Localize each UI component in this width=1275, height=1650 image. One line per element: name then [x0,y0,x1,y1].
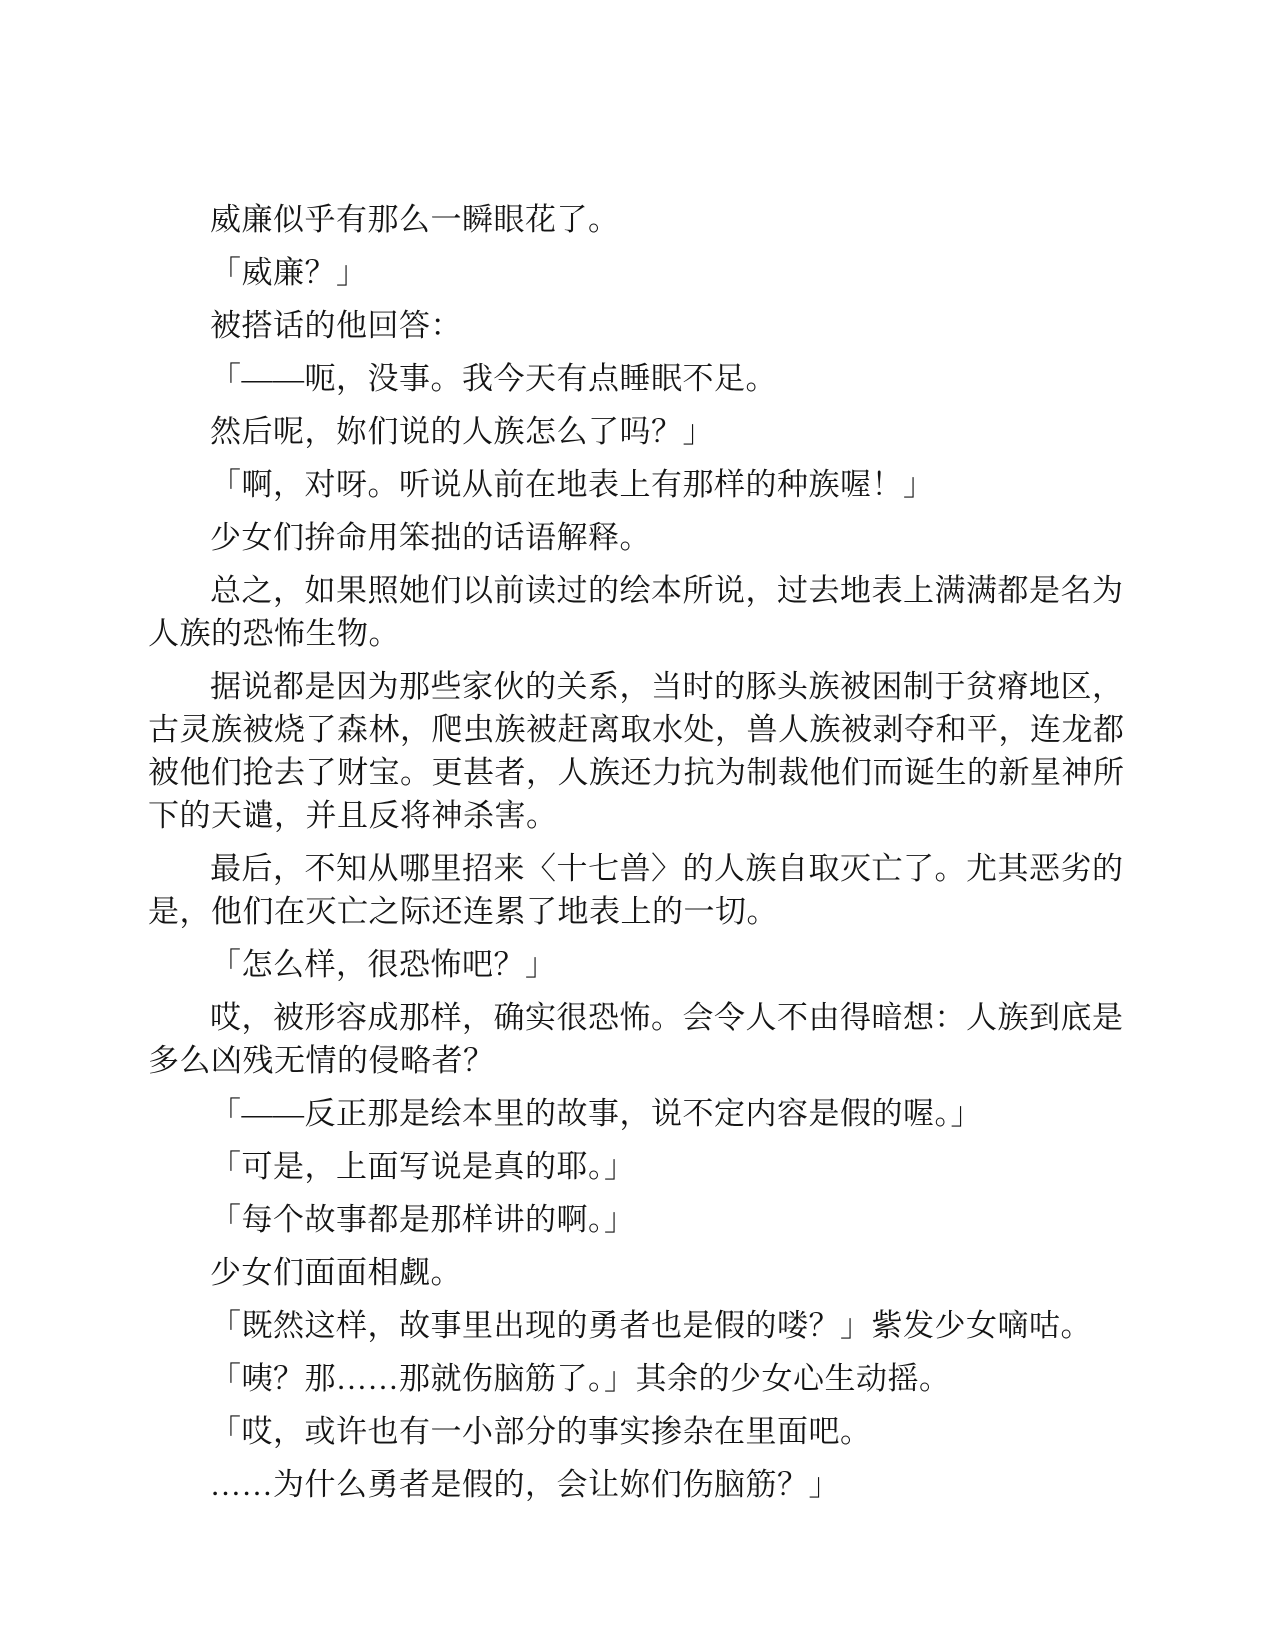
text-line: 「每个故事都是那样讲的啊。」 [148,1198,1131,1241]
paragraph: 「每个故事都是那样讲的啊。」 [148,1198,1131,1241]
paragraph: 威廉似乎有那么一瞬眼花了。 [148,198,1131,241]
text-line: 「可是，上面写说是真的耶。」 [148,1145,1131,1188]
text-line: 据说都是因为那些家伙的关系，当时的豚头族被困制于贫瘠地区， [148,665,1131,708]
paragraph: 「威廉？」 [148,251,1131,294]
text-line: 「既然这样，故事里出现的勇者也是假的喽？」紫发少女嘀咕。 [148,1304,1131,1347]
text-line: 多么凶残无情的侵略者？ [148,1039,1131,1082]
paragraph: 少女们面面相觑。 [148,1251,1131,1294]
text-line: 最后，不知从哪里招来〈十七兽〉的人族自取灭亡了。尤其恶劣的 [148,847,1131,890]
paragraph: 「咦？那……那就伤脑筋了。」其余的少女心生动摇。 [148,1357,1131,1400]
text-line: 威廉似乎有那么一瞬眼花了。 [148,198,1131,241]
text-line: 「咦？那……那就伤脑筋了。」其余的少女心生动摇。 [148,1357,1131,1400]
paragraph: ……为什么勇者是假的，会让妳们伤脑筋？」 [148,1463,1131,1506]
text-line: 「怎么样，很恐怖吧？」 [148,943,1131,986]
text-line: 总之，如果照她们以前读过的绘本所说，过去地表上满满都是名为 [148,569,1131,612]
paragraph: 少女们拚命用笨拙的话语解释。 [148,516,1131,559]
text-line: ……为什么勇者是假的，会让妳们伤脑筋？」 [148,1463,1131,1506]
paragraph: 「可是，上面写说是真的耶。」 [148,1145,1131,1188]
novel-page: 威廉似乎有那么一瞬眼花了。「威廉？」被搭话的他回答：「——呃，没事。我今天有点睡… [0,0,1275,1650]
text-line: 被搭话的他回答： [148,304,1131,347]
text-line: 「哎，或许也有一小部分的事实掺杂在里面吧。 [148,1410,1131,1453]
text-line: 下的天谴，并且反将神杀害。 [148,794,1131,837]
paragraph: 「啊，对呀。听说从前在地表上有那样的种族喔！」 [148,463,1131,506]
paragraph: 「既然这样，故事里出现的勇者也是假的喽？」紫发少女嘀咕。 [148,1304,1131,1347]
paragraph: 被搭话的他回答： [148,304,1131,347]
paragraph: 「——呃，没事。我今天有点睡眠不足。 [148,357,1131,400]
text-line: 古灵族被烧了森林，爬虫族被赶离取水处，兽人族被剥夺和平，连龙都 [148,708,1131,751]
paragraph: 据说都是因为那些家伙的关系，当时的豚头族被困制于贫瘠地区，古灵族被烧了森林，爬虫… [148,665,1131,837]
paragraph: 哎，被形容成那样，确实很恐怖。会令人不由得暗想：人族到底是多么凶残无情的侵略者？ [148,996,1131,1082]
text-line: 被他们抢去了财宝。更甚者，人族还力抗为制裁他们而诞生的新星神所 [148,751,1131,794]
text-line: 哎，被形容成那样，确实很恐怖。会令人不由得暗想：人族到底是 [148,996,1131,1039]
text-line: 「啊，对呀。听说从前在地表上有那样的种族喔！」 [148,463,1131,506]
text-line: 是，他们在灭亡之际还连累了地表上的一切。 [148,890,1131,933]
text-line: 少女们拚命用笨拙的话语解释。 [148,516,1131,559]
text-line: 「威廉？」 [148,251,1131,294]
paragraph: 「哎，或许也有一小部分的事实掺杂在里面吧。 [148,1410,1131,1453]
text-line: 然后呢，妳们说的人族怎么了吗？」 [148,410,1131,453]
text-line: 「——呃，没事。我今天有点睡眠不足。 [148,357,1131,400]
paragraph: 「——反正那是绘本里的故事，说不定内容是假的喔。」 [148,1092,1131,1135]
text-line: 人族的恐怖生物。 [148,612,1131,655]
paragraph: 最后，不知从哪里招来〈十七兽〉的人族自取灭亡了。尤其恶劣的是，他们在灭亡之际还连… [148,847,1131,933]
text-block: 威廉似乎有那么一瞬眼花了。「威廉？」被搭话的他回答：「——呃，没事。我今天有点睡… [148,198,1131,1516]
text-line: 「——反正那是绘本里的故事，说不定内容是假的喔。」 [148,1092,1131,1135]
paragraph: 总之，如果照她们以前读过的绘本所说，过去地表上满满都是名为人族的恐怖生物。 [148,569,1131,655]
paragraph: 「怎么样，很恐怖吧？」 [148,943,1131,986]
paragraph: 然后呢，妳们说的人族怎么了吗？」 [148,410,1131,453]
text-line: 少女们面面相觑。 [148,1251,1131,1294]
